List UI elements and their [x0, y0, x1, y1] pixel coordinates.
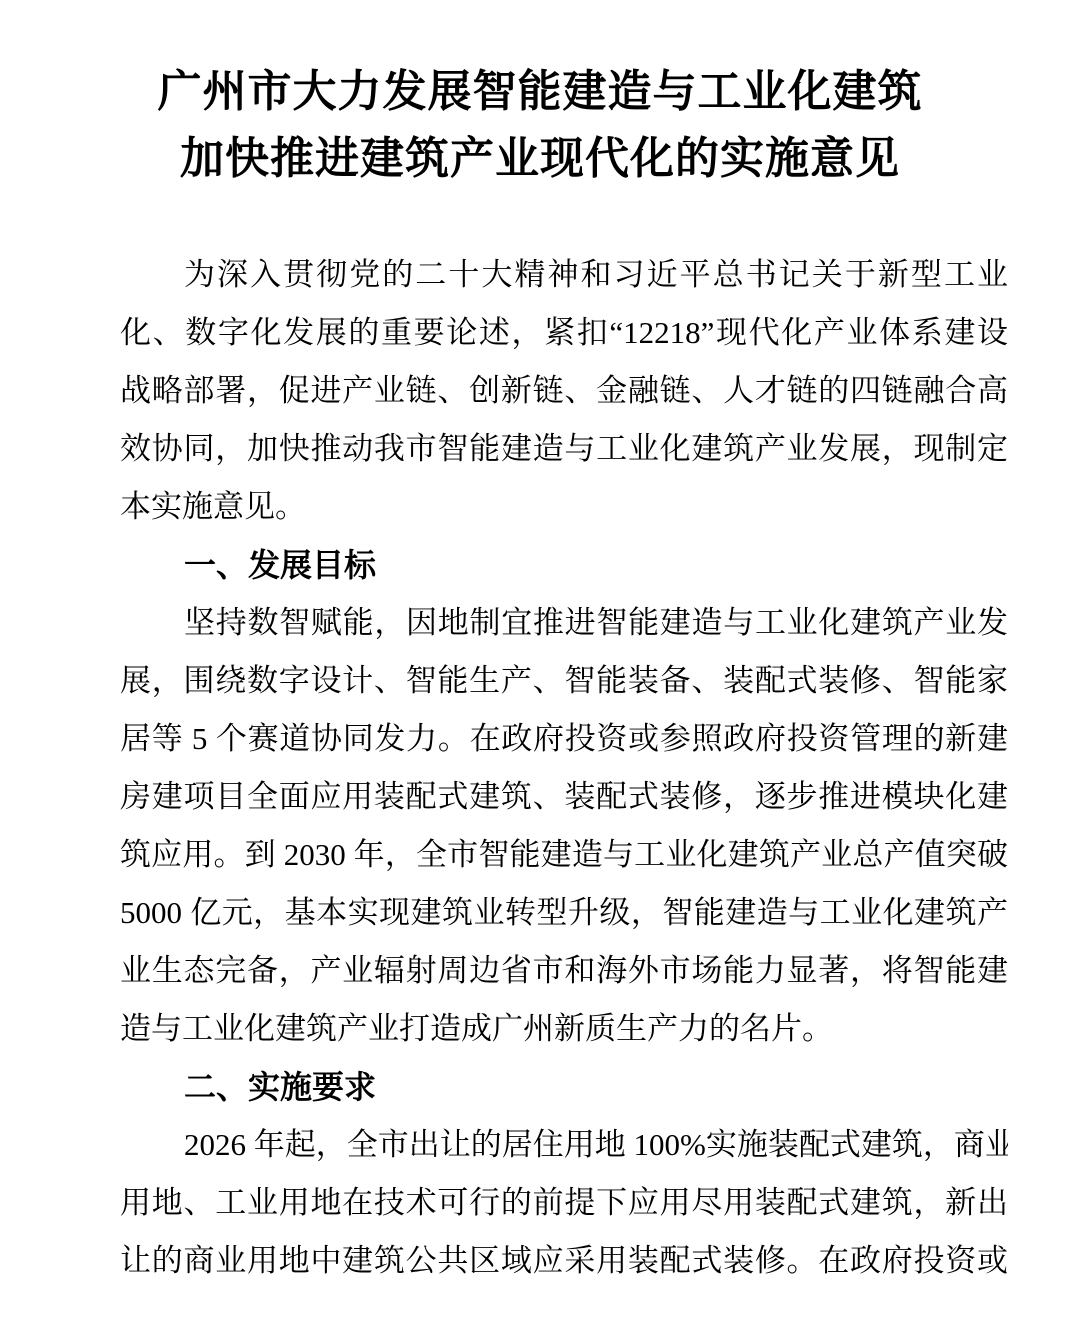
paragraph-2-line-1: 坚持数智赋能，因地制宜推进智能建造与工业化建筑产业发 [120, 594, 1008, 652]
document-title: 广州市大力发展智能建造与工业化建筑 加快推进建筑产业现代化的实施意见 [0, 0, 1080, 192]
paragraph-2-line-7: 业生态完备，产业辐射周边省市和海外市场能力显著，将智能建 [120, 942, 1008, 1000]
title-line-2: 加快推进建筑产业现代化的实施意见 [0, 125, 1080, 192]
paragraph-2-line-4: 房建项目全面应用装配式建筑、装配式装修，逐步推进模块化建 [120, 768, 1008, 826]
paragraph-2-line-8: 造与工业化建筑产业打造成广州新质生产力的名片。 [120, 1000, 1008, 1058]
paragraph-1-line-3: 战略部署，促进产业链、创新链、金融链、人才链的四链融合高 [120, 362, 1008, 420]
paragraph-1-line-5: 本实施意见。 [120, 478, 1008, 536]
paragraph-2-line-6: 5000 亿元，基本实现建筑业转型升级，智能建造与工业化建筑产 [120, 884, 1008, 942]
paragraph-2-line-3: 居等 5 个赛道协同发力。在政府投资或参照政府投资管理的新建 [120, 710, 1008, 768]
paragraph-1-line-2: 化、数字化发展的重要论述，紧扣“12218”现代化产业体系建设 [120, 304, 1008, 362]
paragraph-2-line-2: 展，围绕数字设计、智能生产、智能装备、装配式装修、智能家 [120, 652, 1008, 710]
section-heading-1: 一、发展目标 [120, 536, 1008, 594]
paragraph-1-line-4: 效协同，加快推动我市智能建造与工业化建筑产业发展，现制定 [120, 420, 1008, 478]
document-body: 为深入贯彻党的二十大精神和习近平总书记关于新型工业 化、数字化发展的重要论述，紧… [120, 246, 1008, 1290]
paragraph-3-line-3: 让的商业用地中建筑公共区域应采用装配式装修。在政府投资或 [120, 1232, 1008, 1290]
document-page: 广州市大力发展智能建造与工业化建筑 加快推进建筑产业现代化的实施意见 为深入贯彻… [0, 0, 1080, 1323]
section-heading-2: 二、实施要求 [120, 1058, 1008, 1116]
paragraph-3-line-2: 用地、工业用地在技术可行的前提下应用尽用装配式建筑，新出 [120, 1174, 1008, 1232]
paragraph-2-line-5: 筑应用。到 2030 年，全市智能建造与工业化建筑产业总产值突破 [120, 826, 1008, 884]
paragraph-1-line-1: 为深入贯彻党的二十大精神和习近平总书记关于新型工业 [120, 246, 1008, 304]
paragraph-3-line-1: 2026 年起，全市出让的居住用地 100%实施装配式建筑，商业 [120, 1116, 1008, 1174]
title-line-1: 广州市大力发展智能建造与工业化建筑 [0, 58, 1080, 125]
